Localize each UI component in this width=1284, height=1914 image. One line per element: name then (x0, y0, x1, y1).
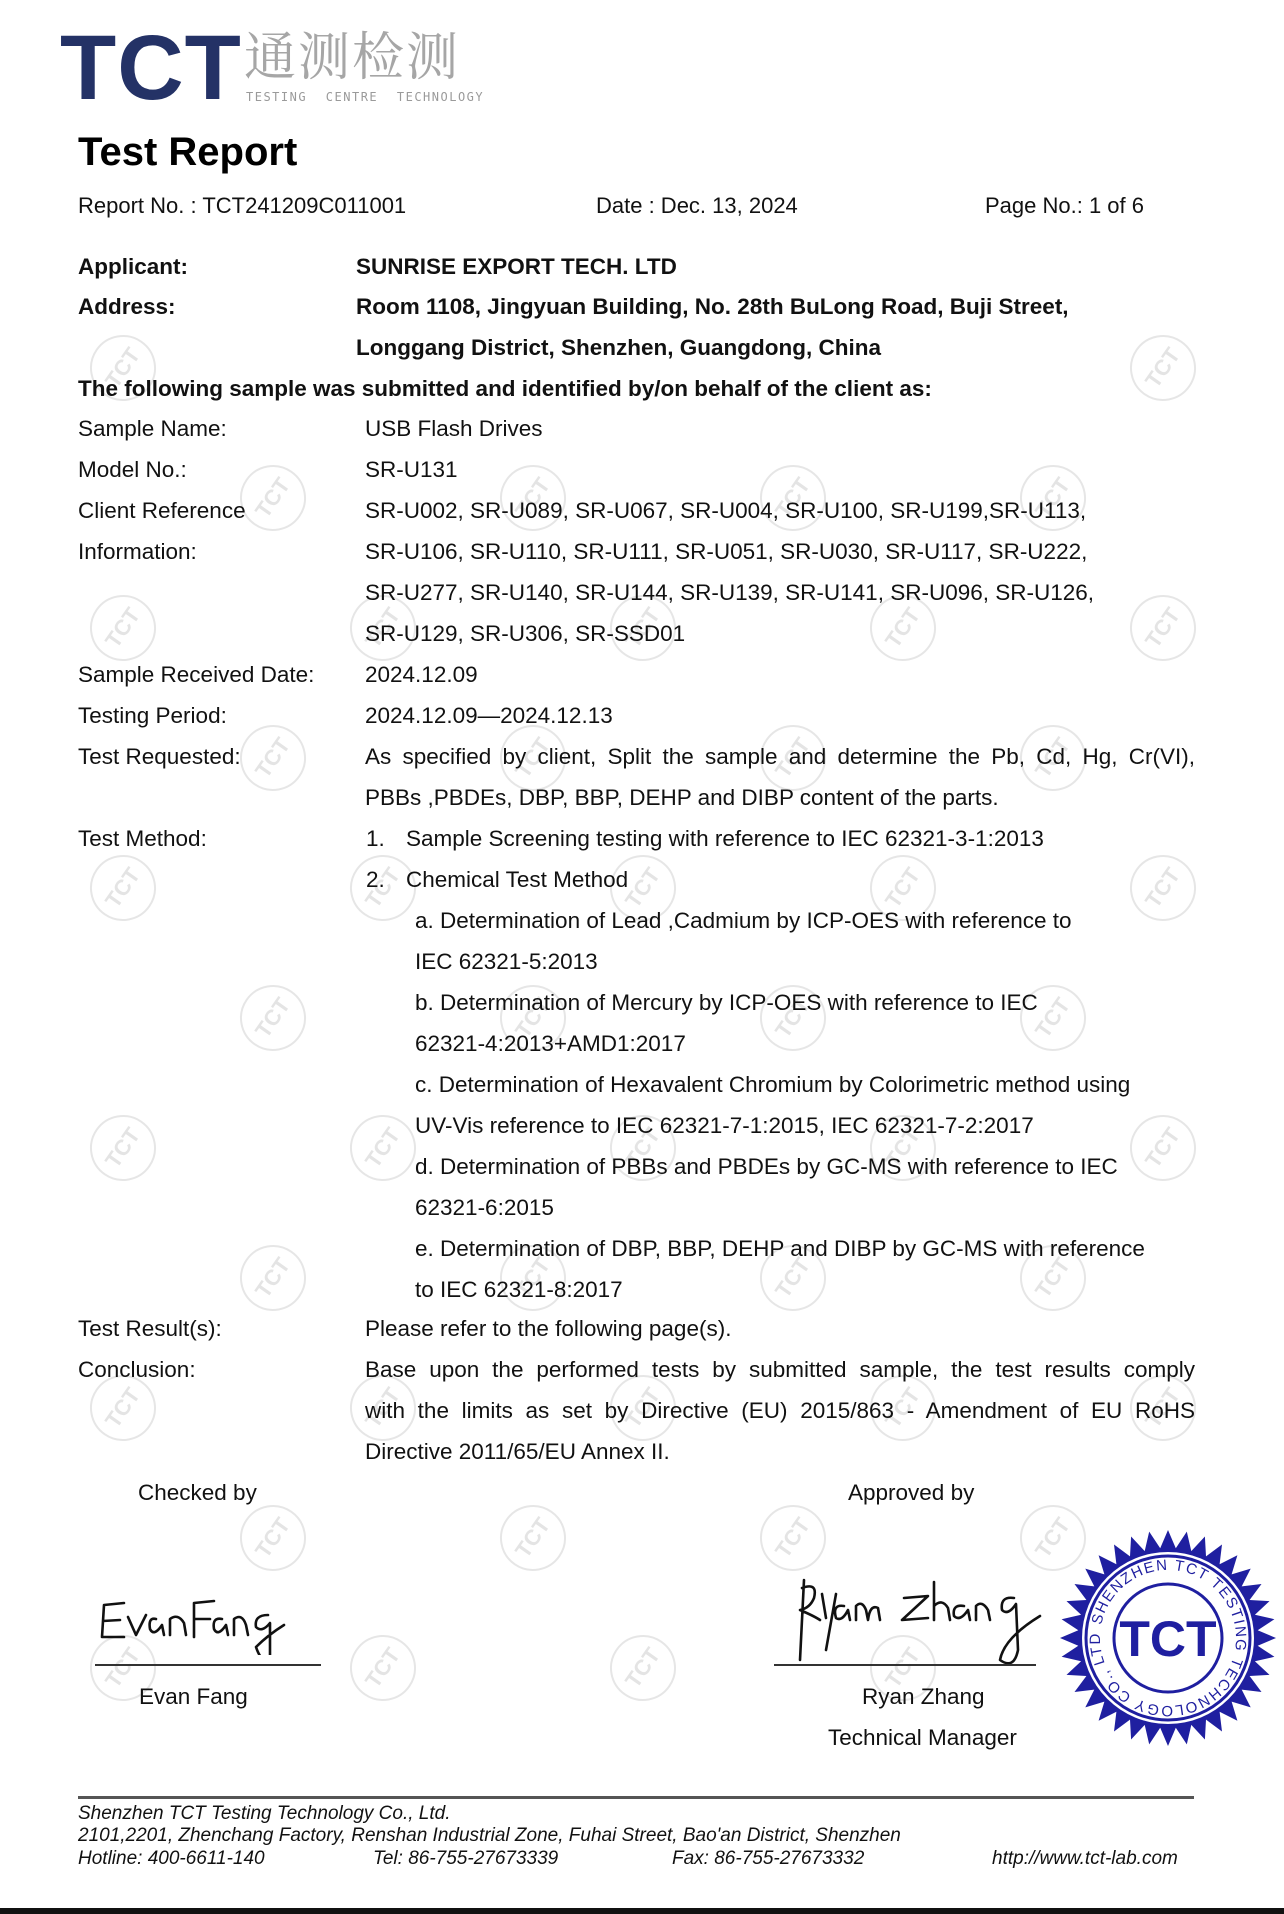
checked-by-name: Evan Fang (139, 1684, 248, 1710)
tct-watermark-icon: TCT (747, 972, 839, 1064)
svg-text:TCT: TCT (1119, 1611, 1216, 1667)
tct-watermark-icon: TCT (1117, 322, 1209, 414)
tct-watermark-icon: TCT (77, 1102, 169, 1194)
sub-method-item: d. Determination of PBBs and PBDEs by GC… (415, 1154, 1118, 1180)
logo-chinese-text: 通测检测 (244, 32, 460, 84)
sub-method-item: a. Determination of Lead ,Cadmium by ICP… (415, 908, 1072, 934)
report-date: Date : Dec. 13, 2024 (596, 193, 798, 219)
tct-watermark-icon: TCT (1117, 842, 1209, 934)
client-reference-label-2: Information: (78, 539, 197, 565)
approved-by-label: Approved by (848, 1480, 974, 1506)
tct-watermark-icon: TCT (77, 842, 169, 934)
method-text: Chemical Test Method (406, 867, 628, 893)
checked-signature-line (95, 1664, 321, 1666)
sample-name-label: Sample Name: (78, 416, 227, 442)
approved-signature-line (774, 1664, 1036, 1666)
received-date-label: Sample Received Date: (78, 662, 314, 688)
conclusion-line: with the limits as set by Directive (EU)… (365, 1398, 1195, 1424)
footer-hotline: Hotline: 400-6611-140 (78, 1848, 265, 1870)
report-number: Report No. : TCT241209C011001 (78, 193, 406, 219)
client-reference-line: SR-U106, SR-U110, SR-U111, SR-U051, SR-U… (365, 539, 1087, 565)
method-number: 2. (366, 867, 385, 893)
model-no-label: Model No.: (78, 457, 187, 483)
method-number: 1. (366, 826, 385, 852)
footer-tel: Tel: 86-755-27673339 (373, 1848, 558, 1870)
sub-method-item-continuation: to IEC 62321-8:2017 (415, 1277, 623, 1303)
sub-method-item: b. Determination of Mercury by ICP-OES w… (415, 990, 1038, 1016)
client-reference-line: SR-U129, SR-U306, SR-SSD01 (365, 621, 685, 647)
test-result-value: Please refer to the following page(s). (365, 1316, 731, 1342)
test-requested-line: As specified by client, Split the sample… (365, 744, 1195, 770)
testing-period-label: Testing Period: (78, 703, 227, 729)
tct-watermark-icon: TCT (227, 1232, 319, 1324)
test-method-label: Test Method: (78, 826, 207, 852)
footer-divider (78, 1796, 1194, 1799)
footer-company: Shenzhen TCT Testing Technology Co., Ltd… (78, 1803, 451, 1825)
tct-watermark-icon: TCT (1117, 1102, 1209, 1194)
tct-watermark-icon: TCT (337, 1622, 429, 1714)
checked-by-label: Checked by (138, 1480, 257, 1506)
tct-logo: TCT (60, 22, 242, 114)
page-title: Test Report (78, 132, 297, 172)
ryan-zhang-signature (792, 1560, 1042, 1670)
received-date-value: 2024.12.09 (365, 662, 478, 688)
sub-method-item: e. Determination of DBP, BBP, DEHP and D… (415, 1236, 1145, 1262)
footer-fax: Fax: 86-755-27673332 (672, 1848, 864, 1870)
sub-method-item-continuation: 62321-4:2013+AMD1:2017 (415, 1031, 686, 1057)
bottom-bar (0, 1908, 1284, 1914)
method-text: Sample Screening testing with reference … (406, 826, 1044, 852)
sub-method-item: c. Determination of Hexavalent Chromium … (415, 1072, 1130, 1098)
company-seal-icon: SHENZHEN TCT TESTING TECHNOLOGY CO., LTD… (1058, 1528, 1278, 1748)
logo-subtitle: TESTING CENTRE TECHNOLOGY (246, 91, 484, 103)
footer-website-link[interactable]: http://www.tct-lab.com (992, 1848, 1178, 1870)
tct-watermark-icon: TCT (597, 1622, 689, 1714)
conclusion-line: Base upon the performed tests by submitt… (365, 1357, 1195, 1383)
tct-watermark-icon: TCT (1117, 582, 1209, 674)
page-number: Page No.: 1 of 6 (985, 193, 1144, 219)
sample-intro: The following sample was submitted and i… (78, 376, 932, 402)
conclusion-label: Conclusion: (78, 1357, 196, 1383)
testing-period-value: 2024.12.09—2024.12.13 (365, 703, 613, 729)
approved-by-name: Ryan Zhang (862, 1684, 985, 1710)
client-reference-label: Client Reference (78, 498, 246, 524)
tct-watermark-icon: TCT (487, 1492, 579, 1584)
evan-fang-signature (98, 1565, 288, 1655)
address-label: Address: (78, 294, 176, 320)
applicant-label: Applicant: (78, 254, 188, 280)
sample-name-value: USB Flash Drives (365, 416, 543, 442)
address-line-2: Longgang District, Shenzhen, Guangdong, … (356, 335, 881, 361)
conclusion-line: Directive 2011/65/EU Annex II. (365, 1439, 670, 1465)
applicant-value: SUNRISE EXPORT TECH. LTD (356, 254, 677, 280)
address-line-1: Room 1108, Jingyuan Building, No. 28th B… (356, 294, 1069, 320)
test-result-label: Test Result(s): (78, 1316, 222, 1342)
client-reference-line: SR-U002, SR-U089, SR-U067, SR-U004, SR-U… (365, 498, 1086, 524)
tct-watermark-icon: TCT (77, 582, 169, 674)
client-reference-line: SR-U277, SR-U140, SR-U144, SR-U139, SR-U… (365, 580, 1094, 606)
sub-method-item-continuation: IEC 62321-5:2013 (415, 949, 598, 975)
tct-watermark-icon: TCT (227, 972, 319, 1064)
approved-by-title: Technical Manager (828, 1725, 1017, 1751)
sub-method-item-continuation: UV-Vis reference to IEC 62321-7-1:2015, … (415, 1113, 1034, 1139)
model-no-value: SR-U131 (365, 457, 458, 483)
footer-address: 2101,2201, Zhenchang Factory, Renshan In… (78, 1825, 901, 1847)
sub-method-item-continuation: 62321-6:2015 (415, 1195, 554, 1221)
test-requested-line: PBBs ,PBDEs, DBP, BBP, DEHP and DIBP con… (365, 785, 999, 811)
test-requested-label: Test Requested: (78, 744, 241, 770)
tct-watermark-icon: TCT (227, 712, 319, 804)
tct-watermark-icon: TCT (1007, 972, 1099, 1064)
